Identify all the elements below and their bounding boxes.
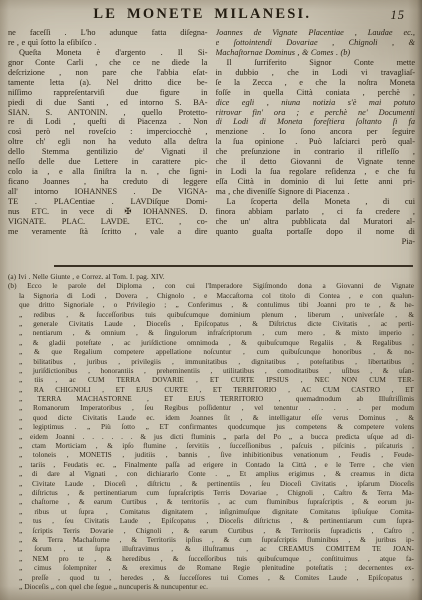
footnote-line: „ generale Civitatis Laude , Dioceſis , …	[8, 319, 414, 328]
body-line: neſſo delle due Lettere in carattere pic…	[8, 157, 208, 167]
footnote-line: „ RA CHIGNOLI , ET EJUS CURTE , ET TERRI…	[8, 385, 414, 394]
footnote-line: „ ctam Morticiam , & ipſo flumine , ſerv…	[8, 441, 414, 450]
footnote-line: „ redibus , & ſucceſſoribus tuis quibuſc…	[8, 310, 414, 319]
body-line: tamente letta (a). Nel dritto dice be-	[8, 78, 208, 88]
footnote-line: „ ſorum , ut ſupra illuſtravimus , & ill…	[8, 544, 414, 553]
body-line: nus ETC. in vece di ✠ IOHANNES. D.	[8, 207, 208, 217]
body-line: gnor Conte Carli , che ce ne diede la	[8, 58, 208, 68]
body-line: ne faceſſi . L'ho adunque fatta diſegna-	[8, 28, 208, 38]
footnote-line: „ tariis , Feudatis ec. „ Finalmente paſ…	[8, 460, 414, 469]
body-line: ma , che diveniſſe Signore di Piacenza .	[216, 187, 416, 197]
body-line: Il ſurriferito Signor Conte mette	[216, 58, 416, 68]
body-line: Machaſtornae Dominus , & Comes . (b)	[216, 48, 416, 58]
text-column-left: ne faceſſi . L'ho adunque fatta diſegna-…	[8, 28, 208, 247]
footnote-rule	[54, 265, 413, 267]
body-line: Pia-	[216, 237, 416, 247]
body-line: oltre ch' egli non ha veduto alla deſtra	[8, 137, 208, 147]
page-header: LE MONETE MILANESI. 15	[0, 6, 422, 24]
body-line: e ſottointendi Dovariae , Chignoli , &	[216, 38, 416, 48]
body-line: che preſunzione in contrario il rifleſſo…	[216, 147, 416, 157]
footnote-line: „ chaſtorne , & earum Curtibus , & terri…	[8, 497, 414, 506]
body-line: Queſta Moneta è d'argento . Il Si-	[8, 48, 208, 58]
body-line: dice egli , niuna notizia s'è mai potuto	[216, 98, 416, 108]
body-text: ne faceſſi . L'ho adunque fatta diſegna-…	[8, 28, 415, 247]
body-line: SIAN. S. ANTONIN. , quello Protetto-	[8, 108, 208, 118]
footnote-line: „ TERRA MACHASTORNE , ET EJUS TERRITORIO…	[8, 394, 414, 403]
footnote-line: „ & Terra Machaſtorne , & Territoriis ip…	[8, 535, 414, 544]
body-line: così però nel roveſcio : imperciocchè ,	[8, 127, 208, 137]
body-line: che un' altra pubblicata dal Muratori al…	[216, 217, 416, 227]
body-line: TE . PLACentiae . LAVDiſque Domi-	[8, 197, 208, 207]
footnote-line: „ eidem Joanni . . . . . . & jus dicti f…	[8, 432, 414, 441]
body-line: ritrovar fin' ora ; e perchè ne' Documen…	[216, 108, 416, 118]
footnote-line: „ juriſdictionibus , honorantiis , prehe…	[8, 366, 414, 375]
footnote-line: „ ſcriptis Terris Dovarie , Chignoli , &…	[8, 526, 414, 535]
body-line: Joannes de Vignate Placentiae , Laudae e…	[216, 28, 416, 38]
footnote-line: „ toloneis , MONETIS , juditiis , bannis…	[8, 450, 414, 459]
body-line: all' intorno IOHANNES . De VIGNA-	[8, 187, 208, 197]
body-line: finora abbiam parlato , ci fa credere ,	[216, 207, 416, 217]
footnote-line: la Signoria di Lodi , Dovera , Chignolo …	[8, 291, 414, 300]
page-number: 15	[391, 8, 406, 23]
footnote-line: „ Civitate Laude , Dioceſi , diſtrictu ,…	[8, 479, 414, 488]
footnote-line: „ di dare al Vignati , con dichiararlo C…	[8, 469, 414, 478]
footnote-line: que dritto Signoriale , o Privilegio ; „…	[8, 300, 414, 309]
body-line: menzione . Io ſono ancora per ſeguire	[216, 127, 416, 137]
footnote-line: „ diſtrictus , & pertinentiarum cum ſupr…	[8, 488, 414, 497]
footnote-line: „ Romanorum Imperatoribus , ſeu Regibus …	[8, 403, 414, 412]
body-line: quanto guaſta portaſſe dopo il nome di	[216, 227, 416, 237]
body-line: in dubbio , che in Lodi vi travagliaſ-	[216, 68, 416, 78]
page-title: LE MONETE MILANESI.	[93, 6, 311, 23]
footnote-line: „ nentiarum , & omnium , & ſingulorum in…	[8, 328, 414, 337]
body-line: dello Stemma gentilizio de' Vignati il	[8, 147, 208, 157]
body-line: me veramente ſtà ſcritto , vale a dire	[8, 227, 208, 237]
body-line: eſſa Città in dominio di lui ſette anni …	[216, 177, 416, 187]
body-line: foſſe in quella Città coniata , perchè ,	[216, 88, 416, 98]
body-line: che il detto Giovanni de Vignate tenne	[216, 157, 416, 167]
body-line: ſe la Zecca , e che la noſtra Moneta	[216, 78, 416, 88]
footnote-line: „ legiptimus . „ Più ſotto „ ET confirma…	[8, 422, 414, 431]
footnote-line: (b) Ecco le parole del Diploma , con cui…	[8, 281, 414, 290]
body-line: piedi di due Santi , ed intorno S. BA-	[8, 98, 208, 108]
footnote-line: „ ribus ut ſupra , Comitatus dignitatem …	[8, 507, 414, 516]
footnote-line: „ tus , ſeu Civitatis Laude , Epiſcopatu…	[8, 516, 414, 525]
body-line: colo ia , e alla ſiniſtra la n. , che ſi…	[8, 167, 208, 177]
body-line: ficano Joannes , ha creduto di leggere	[8, 177, 208, 187]
body-line: la ſua opinione . Può laſciarci però qua…	[216, 137, 416, 147]
footnote-line: „ & gladii poteſtate , ac juriſdictione …	[8, 338, 414, 347]
body-line: in Lodi la ſua regolare reſidenza , e ch…	[216, 167, 416, 177]
footnote-line: „ Dioceſis „ con quel che ſegue „ nuncup…	[8, 582, 414, 591]
footnotes-section: (a) Ivi . Nelle Giunte , e Correz. al To…	[8, 272, 414, 591]
body-line: re di Lodi , queſti di Piacenza . Non	[8, 117, 208, 127]
body-line: deſcrizione , non pare che l'abbia eſat-	[8, 68, 208, 78]
footnote-line: „ cimus ſolempniter , & ereximus de Roma…	[8, 563, 414, 572]
body-line: La ſcoperta della Moneta , di cui	[216, 197, 416, 207]
body-line: VIGNATE. PLAC. LAVDE. ETC. , co-	[8, 217, 208, 227]
body-line: di Lodi di Moneta foreſtiera ſoltanto ſi…	[216, 117, 416, 127]
footnote-line: „ NEM pro te , & heredibus , & ſucceſſor…	[8, 554, 414, 563]
footnote-line: „ quod dicte Civitatis Laude ec. idem Jo…	[8, 413, 414, 422]
footnote-line: „ & que Regalium competere appellatione …	[8, 347, 414, 356]
body-line: re , e quì ſotto la eſibiſco .	[8, 38, 208, 48]
text-column-right: Joannes de Vignate Placentiae , Laudae e…	[216, 28, 416, 247]
footnote-line: „ tiis , ac CUM TERRA DOVARIE , ET CURTE…	[8, 375, 414, 384]
footnote-line: „ preſſe , quod tu , heredes , & ſucceſſ…	[8, 573, 414, 582]
footnote-line: (a) Ivi . Nelle Giunte , e Correz. al To…	[8, 272, 414, 281]
body-line: niſſimo rappreſentarviſi due figure in	[8, 88, 208, 98]
footnote-line: „ bilitatibus , juribus , privilegiis , …	[8, 357, 414, 366]
